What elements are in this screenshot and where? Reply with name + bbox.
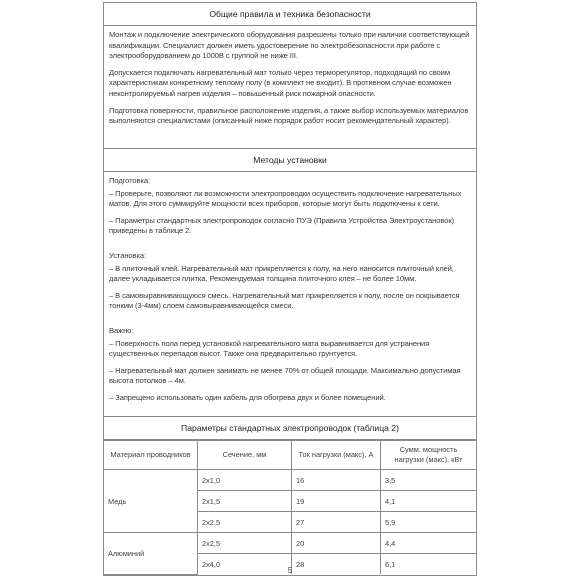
important-label: Важно: xyxy=(109,326,471,337)
safety-paragraph: Допускается подключать нагревательный ма… xyxy=(109,68,471,100)
header-material: Материал проводников xyxy=(104,441,198,470)
section-cell: 2x2,5 xyxy=(198,512,292,533)
important-item: – Нагревательный мат должен занимать не … xyxy=(109,366,471,387)
power-cell: 5,9 xyxy=(381,512,477,533)
header-section: Сечение, мм xyxy=(198,441,292,470)
wiring-table-title: Параметры стандартных электропроводок (т… xyxy=(104,417,476,440)
material-cell: Медь xyxy=(104,470,198,533)
safety-paragraph: Подготовка поверхности, правильное распо… xyxy=(109,106,471,127)
important-item: – Запрещено использовать один кабель для… xyxy=(109,393,471,404)
section-cell: 2x2,5 xyxy=(198,533,292,554)
current-cell: 19 xyxy=(292,491,381,512)
safety-paragraph: Монтаж и подключение электрического обор… xyxy=(109,30,471,62)
power-cell: 3,5 xyxy=(381,470,477,491)
table-row: Медь 2x1,0 16 3,5 xyxy=(104,470,476,491)
document-page: Общие правила и техника безопасности Мон… xyxy=(103,2,477,576)
power-cell: 4,4 xyxy=(381,533,477,554)
safety-section-title: Общие правила и техника безопасности xyxy=(104,3,476,26)
safety-section: Общие правила и техника безопасности Мон… xyxy=(103,2,477,148)
preparation-item: – Проверьте, позволяют ли возможности эл… xyxy=(109,189,471,210)
power-cell: 4,1 xyxy=(381,491,477,512)
table-header-row: Материал проводников Сечение, мм Ток наг… xyxy=(104,441,476,470)
current-cell: 20 xyxy=(292,533,381,554)
wiring-table-section: Параметры стандартных электропроводок (т… xyxy=(103,416,477,576)
table-row: Алюминий 2x2,5 20 4,4 xyxy=(104,533,476,554)
installation-section: Методы установки Подготовка: – Проверьте… xyxy=(103,148,477,416)
page-number: 5 xyxy=(0,566,580,575)
current-cell: 27 xyxy=(292,512,381,533)
section-cell: 2x1,5 xyxy=(198,491,292,512)
installation-item: – В плиточный клей. Нагревательный мат п… xyxy=(109,264,471,285)
header-power: Сумм. мощность нагрузки (макс), кВт xyxy=(381,441,477,470)
preparation-label: Подготовка: xyxy=(109,176,471,187)
header-current: Ток нагрузки (макс), А xyxy=(292,441,381,470)
wiring-table: Материал проводников Сечение, мм Ток наг… xyxy=(104,440,476,575)
installation-section-title: Методы установки xyxy=(104,149,476,172)
preparation-item: – Параметры стандартных электропроводок … xyxy=(109,216,471,237)
installation-label: Установка: xyxy=(109,251,471,262)
important-item: – Поверхность пола перед установкой нагр… xyxy=(109,339,471,360)
installation-item: – В самовыравнивающуюся смесь. Нагревате… xyxy=(109,291,471,312)
current-cell: 16 xyxy=(292,470,381,491)
section-cell: 2x1,0 xyxy=(198,470,292,491)
